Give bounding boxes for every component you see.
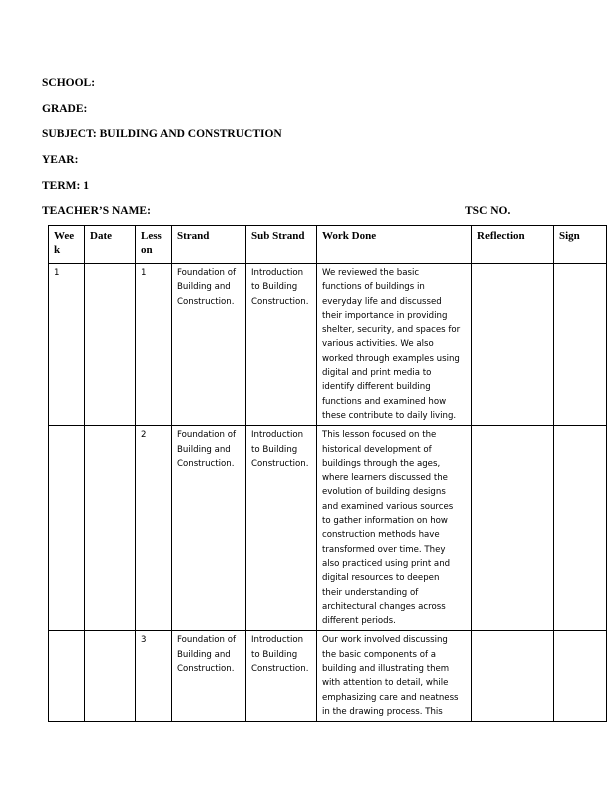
col-header-sub-strand: Sub Strand bbox=[246, 226, 317, 264]
strand-cell: Foundation of Building and Construction. bbox=[172, 264, 246, 426]
strand-cell: Foundation of Building and Construction. bbox=[172, 631, 246, 722]
work-done-cell: We reviewed the basic functions of build… bbox=[317, 264, 472, 426]
sign-cell bbox=[554, 264, 607, 426]
table-header-row: Wee k Date Less on Strand Sub Strand Wor… bbox=[49, 226, 607, 264]
work-done-cell: This lesson focused on the historical de… bbox=[317, 426, 472, 631]
col-header-week: Wee k bbox=[49, 226, 85, 264]
subject-label: SUBJECT: BUILDING AND CONSTRUCTION bbox=[42, 128, 282, 140]
sub-strand-cell: Introduction to Building Construction. bbox=[246, 264, 317, 426]
col-header-lesson: Less on bbox=[136, 226, 172, 264]
table-row: 2 Foundation of Building and Constructio… bbox=[49, 426, 607, 631]
lesson-cell: 1 bbox=[136, 264, 172, 426]
week-cell bbox=[49, 426, 85, 631]
year-label: YEAR: bbox=[42, 154, 78, 166]
reflection-cell bbox=[472, 264, 554, 426]
term-label: TERM: 1 bbox=[42, 180, 89, 192]
sign-cell bbox=[554, 631, 607, 722]
sub-strand-cell: Introduction to Building Construction. bbox=[246, 631, 317, 722]
table-row: 1 1 Foundation of Building and Construct… bbox=[49, 264, 607, 426]
week-cell bbox=[49, 631, 85, 722]
lesson-record-table: Wee k Date Less on Strand Sub Strand Wor… bbox=[48, 225, 607, 722]
work-done-cell: Our work involved discussing the basic c… bbox=[317, 631, 472, 722]
tsc-number-label: TSC NO. bbox=[465, 205, 510, 217]
school-label: SCHOOL: bbox=[42, 77, 95, 89]
date-cell bbox=[85, 631, 136, 722]
lesson-cell: 2 bbox=[136, 426, 172, 631]
sub-strand-cell: Introduction to Building Construction. bbox=[246, 426, 317, 631]
col-header-date: Date bbox=[85, 226, 136, 264]
reflection-cell bbox=[472, 426, 554, 631]
date-cell bbox=[85, 426, 136, 631]
col-header-strand: Strand bbox=[172, 226, 246, 264]
reflection-cell bbox=[472, 631, 554, 722]
col-header-work-done: Work Done bbox=[317, 226, 472, 264]
grade-label: GRADE: bbox=[42, 103, 87, 115]
teacher-name-label: TEACHER’S NAME: bbox=[42, 205, 151, 217]
col-header-sign: Sign bbox=[554, 226, 607, 264]
strand-cell: Foundation of Building and Construction. bbox=[172, 426, 246, 631]
date-cell bbox=[85, 264, 136, 426]
week-cell: 1 bbox=[49, 264, 85, 426]
sign-cell bbox=[554, 426, 607, 631]
col-header-reflection: Reflection bbox=[472, 226, 554, 264]
table-row: 3 Foundation of Building and Constructio… bbox=[49, 631, 607, 722]
lesson-cell: 3 bbox=[136, 631, 172, 722]
